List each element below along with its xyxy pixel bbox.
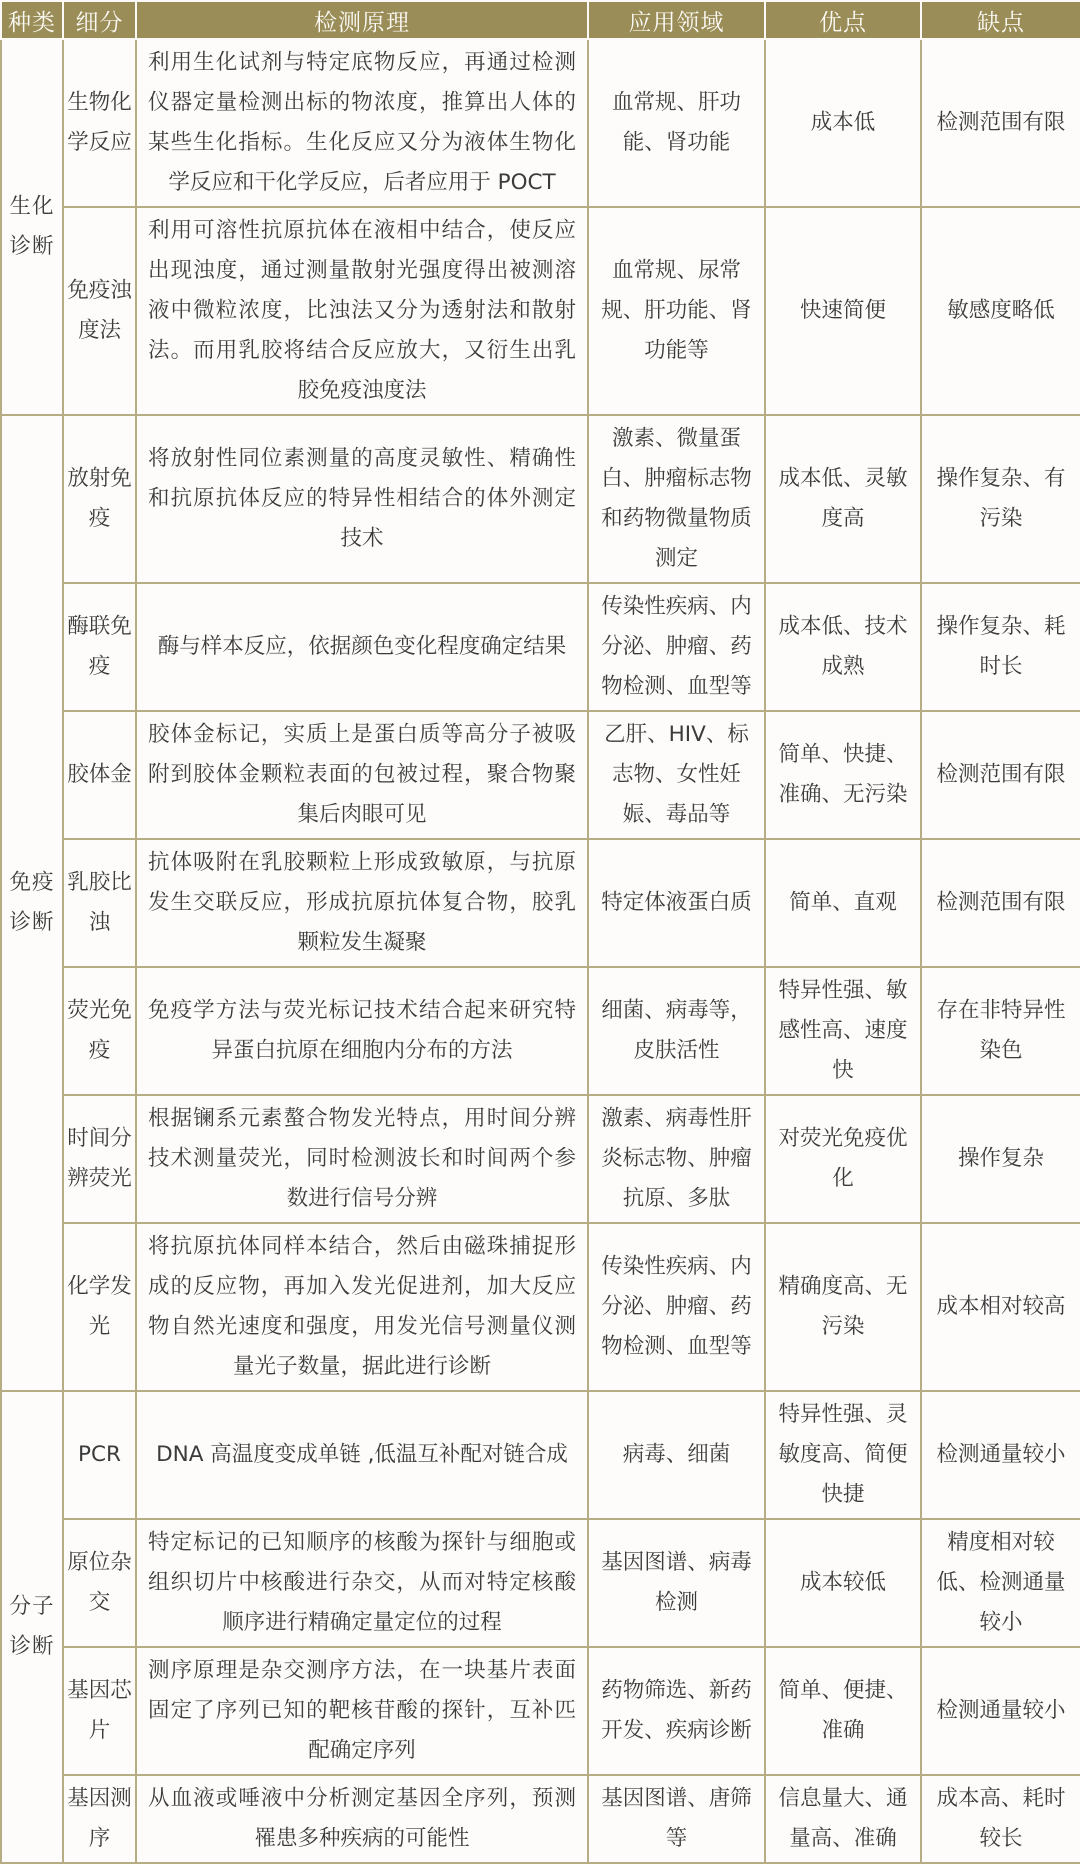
diagnostics-comparison-table: 种类 细分 检测原理 应用领域 优点 缺点 生化诊断 生物化学反应 利用生化试剂…: [0, 0, 1080, 1864]
cell-subdivision: 荧光免疫: [63, 967, 136, 1095]
cell-principle: 测序原理是杂交测序方法，在一块基片表面固定了序列已知的靶核苷酸的探针，互补匹配确…: [136, 1647, 588, 1775]
cell-subdivision: 基因测序: [63, 1775, 136, 1863]
cell-application: 基因图谱、唐筛等: [588, 1775, 765, 1863]
cell-principle: 从血液或唾液中分析测定基因全序列，预测罹患多种疾病的可能性: [136, 1775, 588, 1863]
cell-cons: 检测通量较小: [921, 1647, 1080, 1775]
cell-cons: 成本高、耗时较长: [921, 1775, 1080, 1863]
header-cons: 缺点: [921, 1, 1080, 39]
header-principle: 检测原理: [136, 1, 588, 39]
cell-application: 乙肝、HIV、标志物、女性妊娠、毒品等: [588, 711, 765, 839]
cell-pros: 特异性强、敏感性高、速度快: [765, 967, 921, 1095]
cell-application: 激素、病毒性肝炎标志物、肿瘤抗原、多肽: [588, 1095, 765, 1223]
cell-principle: 特定标记的已知顺序的核酸为探针与细胞或组织切片中核酸进行杂交，从而对特定核酸顺序…: [136, 1519, 588, 1647]
header-pros: 优点: [765, 1, 921, 39]
cell-cons: 检测范围有限: [921, 39, 1080, 207]
category-biochemical: 生化诊断: [1, 39, 63, 415]
cell-cons: 检测通量较小: [921, 1391, 1080, 1519]
cell-principle: 免疫学方法与荧光标记技术结合起来研究特异蛋白抗原在细胞内分布的方法: [136, 967, 588, 1095]
cell-pros: 简单、便捷、准确: [765, 1647, 921, 1775]
table-row: 基因测序 从血液或唾液中分析测定基因全序列，预测罹患多种疾病的可能性 基因图谱、…: [1, 1775, 1080, 1863]
cell-application: 血常规、肝功能、肾功能: [588, 39, 765, 207]
cell-subdivision: 基因芯片: [63, 1647, 136, 1775]
cell-subdivision: 免疫浊度法: [63, 207, 136, 415]
table-row: 时间分辨荧光 根据镧系元素螯合物发光特点，用时间分辨技术测量荧光，同时检测波长和…: [1, 1095, 1080, 1223]
cell-subdivision: 酶联免疫: [63, 583, 136, 711]
cell-principle: 根据镧系元素螯合物发光特点，用时间分辨技术测量荧光，同时检测波长和时间两个参数进…: [136, 1095, 588, 1223]
table-row: 胶体金 胶体金标记，实质上是蛋白质等高分子被吸附到胶体金颗粒表面的包被过程，聚合…: [1, 711, 1080, 839]
cell-pros: 成本低、技术成熟: [765, 583, 921, 711]
category-molecular: 分子诊断: [1, 1391, 63, 1863]
table-row: 生化诊断 生物化学反应 利用生化试剂与特定底物反应，再通过检测仪器定量检测出标的…: [1, 39, 1080, 207]
cell-principle: DNA 高温度变成单链 ,低温互补配对链合成: [136, 1391, 588, 1519]
cell-pros: 简单、直观: [765, 839, 921, 967]
cell-application: 血常规、尿常规、肝功能、肾功能等: [588, 207, 765, 415]
cell-pros: 快速简便: [765, 207, 921, 415]
cell-cons: 检测范围有限: [921, 839, 1080, 967]
cell-subdivision: 化学发光: [63, 1223, 136, 1391]
cell-pros: 成本较低: [765, 1519, 921, 1647]
cell-principle: 酶与样本反应，依据颜色变化程度确定结果: [136, 583, 588, 711]
cell-pros: 成本低、灵敏度高: [765, 415, 921, 583]
cell-pros: 特异性强、灵敏度高、简便快捷: [765, 1391, 921, 1519]
header-category: 种类: [1, 1, 63, 39]
cell-subdivision: 乳胶比浊: [63, 839, 136, 967]
category-immunodiagnosis: 免疫诊断: [1, 415, 63, 1391]
table-row: 基因芯片 测序原理是杂交测序方法，在一块基片表面固定了序列已知的靶核苷酸的探针，…: [1, 1647, 1080, 1775]
cell-cons: 操作复杂、有污染: [921, 415, 1080, 583]
cell-principle: 抗体吸附在乳胶颗粒上形成致敏原，与抗原发生交联反应，形成抗原抗体复合物，胶乳颗粒…: [136, 839, 588, 967]
cell-pros: 信息量大、通量高、准确: [765, 1775, 921, 1863]
cell-subdivision: 原位杂交: [63, 1519, 136, 1647]
cell-application: 基因图谱、病毒检测: [588, 1519, 765, 1647]
cell-pros: 成本低: [765, 39, 921, 207]
cell-cons: 成本相对较高: [921, 1223, 1080, 1391]
table-row: 酶联免疫 酶与样本反应，依据颜色变化程度确定结果 传染性疾病、内分泌、肿瘤、药物…: [1, 583, 1080, 711]
table-row: 原位杂交 特定标记的已知顺序的核酸为探针与细胞或组织切片中核酸进行杂交，从而对特…: [1, 1519, 1080, 1647]
cell-subdivision: PCR: [63, 1391, 136, 1519]
cell-cons: 操作复杂、耗时长: [921, 583, 1080, 711]
cell-principle: 利用生化试剂与特定底物反应，再通过检测仪器定量检测出标的物浓度，推算出人体的某些…: [136, 39, 588, 207]
cell-pros: 精确度高、无污染: [765, 1223, 921, 1391]
cell-application: 传染性疾病、内分泌、肿瘤、药物检测、血型等: [588, 1223, 765, 1391]
table-row: 分子诊断 PCR DNA 高温度变成单链 ,低温互补配对链合成 病毒、细菌 特异…: [1, 1391, 1080, 1519]
table-row: 化学发光 将抗原抗体同样本结合，然后由磁珠捕捉形成的反应物，再加入发光促进剂，加…: [1, 1223, 1080, 1391]
header-row: 种类 细分 检测原理 应用领域 优点 缺点: [1, 1, 1080, 39]
header-application: 应用领域: [588, 1, 765, 39]
cell-subdivision: 胶体金: [63, 711, 136, 839]
table-row: 荧光免疫 免疫学方法与荧光标记技术结合起来研究特异蛋白抗原在细胞内分布的方法 细…: [1, 967, 1080, 1095]
cell-subdivision: 放射免疫: [63, 415, 136, 583]
table-row: 免疫浊度法 利用可溶性抗原抗体在液相中结合，使反应出现浊度，通过测量散射光强度得…: [1, 207, 1080, 415]
cell-subdivision: 生物化学反应: [63, 39, 136, 207]
cell-pros: 简单、快捷、准确、无污染: [765, 711, 921, 839]
header-subdivision: 细分: [63, 1, 136, 39]
cell-application: 传染性疾病、内分泌、肿瘤、药物检测、血型等: [588, 583, 765, 711]
cell-application: 药物筛选、新药开发、疾病诊断: [588, 1647, 765, 1775]
cell-cons: 精度相对较低、检测通量较小: [921, 1519, 1080, 1647]
cell-principle: 将放射性同位素测量的高度灵敏性、精确性和抗原抗体反应的特异性相结合的体外测定技术: [136, 415, 588, 583]
table-row: 免疫诊断 放射免疫 将放射性同位素测量的高度灵敏性、精确性和抗原抗体反应的特异性…: [1, 415, 1080, 583]
cell-pros: 对荧光免疫优化: [765, 1095, 921, 1223]
cell-principle: 将抗原抗体同样本结合，然后由磁珠捕捉形成的反应物，再加入发光促进剂，加大反应物自…: [136, 1223, 588, 1391]
cell-application: 激素、微量蛋白、肿瘤标志物和药物微量物质测定: [588, 415, 765, 583]
cell-cons: 检测范围有限: [921, 711, 1080, 839]
table-row: 乳胶比浊 抗体吸附在乳胶颗粒上形成致敏原，与抗原发生交联反应，形成抗原抗体复合物…: [1, 839, 1080, 967]
cell-application: 特定体液蛋白质: [588, 839, 765, 967]
cell-principle: 胶体金标记，实质上是蛋白质等高分子被吸附到胶体金颗粒表面的包被过程，聚合物聚集后…: [136, 711, 588, 839]
cell-application: 病毒、细菌: [588, 1391, 765, 1519]
cell-cons: 敏感度略低: [921, 207, 1080, 415]
cell-application: 细菌、病毒等，皮肤活性: [588, 967, 765, 1095]
cell-subdivision: 时间分辨荧光: [63, 1095, 136, 1223]
cell-cons: 存在非特异性染色: [921, 967, 1080, 1095]
cell-principle: 利用可溶性抗原抗体在液相中结合，使反应出现浊度，通过测量散射光强度得出被测溶液中…: [136, 207, 588, 415]
cell-cons: 操作复杂: [921, 1095, 1080, 1223]
